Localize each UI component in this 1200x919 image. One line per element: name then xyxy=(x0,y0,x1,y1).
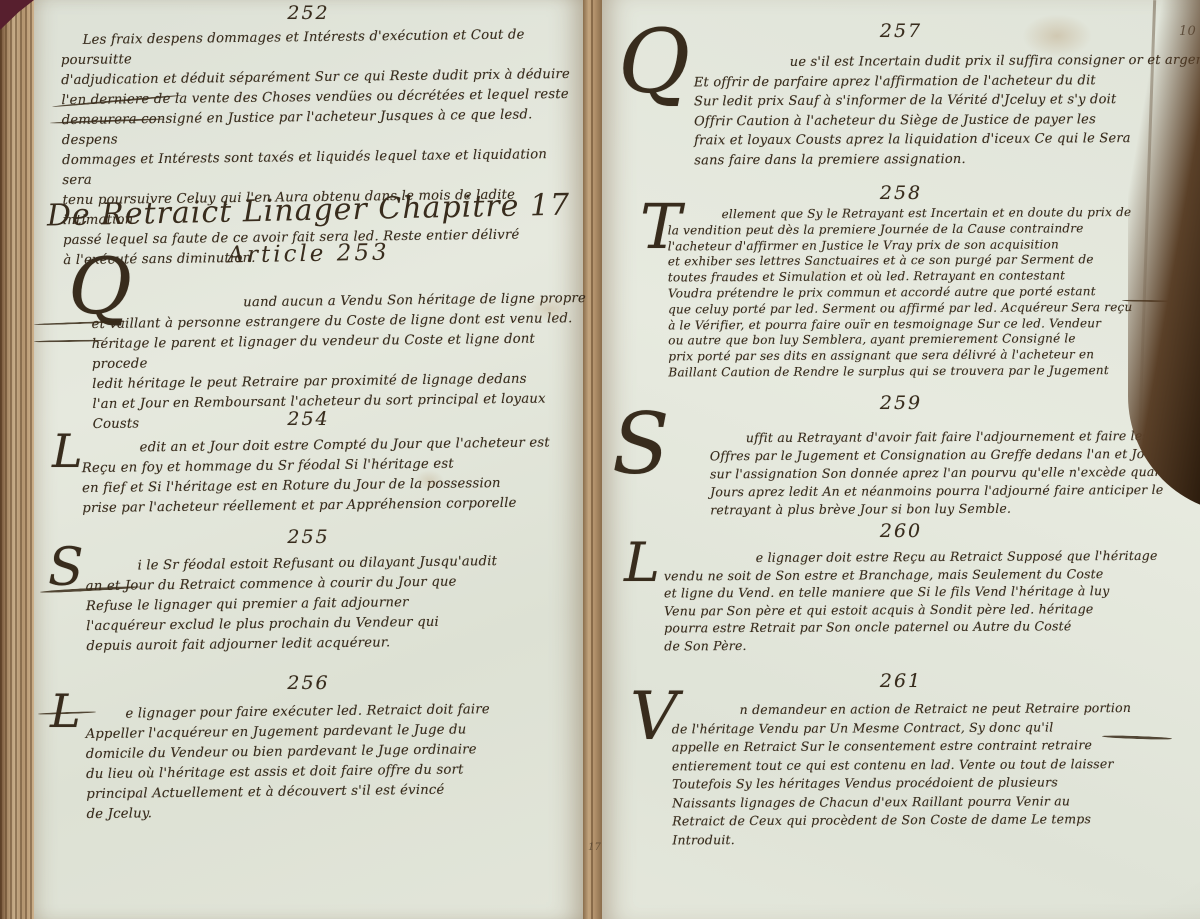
article-number-261: 261 xyxy=(602,670,1200,692)
article-number-257: 257 xyxy=(602,20,1200,42)
drop-cap-initial: V xyxy=(630,684,678,750)
article-number-256: 256 xyxy=(34,672,583,694)
article-text-256: e lignager pour faire exécuter led. Retr… xyxy=(85,699,586,825)
article-number-260: 260 xyxy=(602,520,1200,542)
drop-cap-initial: S xyxy=(612,402,670,486)
article-text-260: e lignager doit estre Reçu au Retraict S… xyxy=(664,547,1200,655)
drop-cap-initial: S xyxy=(48,542,84,594)
article-text-257: ue s'il est Incertain dudit prix il suff… xyxy=(694,51,1200,171)
article-text-259: uffit au Retrayant d'avoir fait faire l'… xyxy=(710,427,1200,520)
article-text-258: ellement que Sy le Retrayant est Incerta… xyxy=(668,205,1200,382)
article-number-252: 252 xyxy=(34,2,583,24)
article-text-255: i le Sr féodal estoit Refusant ou dilaya… xyxy=(85,551,590,657)
book-fore-edge xyxy=(0,0,34,919)
article-text-254: edit an et Jour doit estre Compté du Jou… xyxy=(82,433,591,519)
article-number-258: 258 xyxy=(602,182,1200,204)
article-text-252: Les fraix despens dommages et Intérests … xyxy=(61,25,576,271)
article-number-254: 254 xyxy=(34,408,583,430)
drop-cap-initial: L xyxy=(624,536,660,590)
article-number-255: 255 xyxy=(34,526,583,548)
gutter-mark: 17 xyxy=(588,842,601,853)
drop-cap-initial: Q xyxy=(618,18,690,106)
article-number-259: 259 xyxy=(602,392,1200,414)
article-text-261: n demandeur en action de Retraict ne peu… xyxy=(672,699,1200,850)
left-page: 252 Les fraix despens dommages et Intére… xyxy=(34,0,583,919)
manuscript-photo: 252 Les fraix despens dommages et Intére… xyxy=(0,0,1200,919)
right-page: 10 257 Q ue s'il est Incertain dudit pri… xyxy=(602,0,1200,919)
drop-cap-initial: L xyxy=(52,428,83,474)
